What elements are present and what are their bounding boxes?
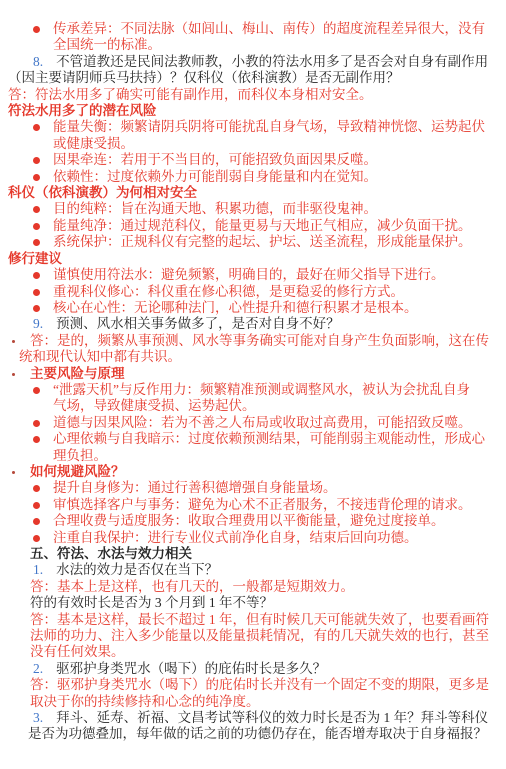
answer-text: 答：基本是这样，最长不超过 1 年，但有时候几天可能就失效了，也要看画符 法师的…	[8, 612, 500, 661]
bullet-icon	[33, 535, 40, 542]
heading-label: 主要风险与原理	[30, 366, 125, 381]
bullet-icon	[33, 289, 40, 296]
bullet-icon	[33, 305, 40, 312]
question-number: 2.	[33, 661, 43, 676]
bullet-label: 注重自我保护：进行专业仪式前净化自身，结束后回向功德。	[53, 530, 418, 545]
bullet-icon	[33, 485, 40, 492]
bullet-item: 审慎选择客户与事务：避免为心术不正者服务，不接违背伦理的请求。	[8, 497, 500, 513]
question-text: 符的有效时长是否为 3 个月到 1 年不等？	[8, 595, 500, 611]
section-heading: 科仪（依科演教）为何相对安全	[8, 185, 500, 201]
bullet-item: 重视科仪修心：科仪重在修心积德，是更稳妥的修行方式。	[8, 284, 500, 300]
bullet-label: 重视科仪修心：科仪重在修心积德，是更稳妥的修行方式。	[53, 284, 404, 299]
bullet-item: 核心在心性：无论哪种法门，心性提升和德行积累才是根本。	[8, 300, 500, 316]
bullet-item: “泄露天机”与反作用力：频繁精准预测或调整风水，被认为会扰乱自身 气场，导致健康…	[8, 382, 500, 415]
bullet-item: 系统保护：正规科仪有完整的起坛、护坛、送圣流程，形成能量保护。	[8, 234, 500, 250]
bullet-label: “泄露天机”与反作用力：频繁精准预测或调整风水，被认为会扰乱自身 气场，导致健康…	[53, 382, 470, 413]
bullet-icon	[33, 157, 40, 164]
question-label: 水法的效力是否仅在当下？	[56, 562, 218, 577]
bullet-icon	[33, 223, 40, 230]
bullet-icon	[33, 26, 40, 33]
bullet-label: 系统保护：正规科仪有完整的起坛、护坛、送圣流程，形成能量保护。	[53, 234, 472, 249]
answer-text: 答：符法水用多了确实可能有副作用，而科仪本身相对安全。	[8, 87, 500, 103]
answer-label: 答：符法水用多了确实可能有副作用，而科仪本身相对安全。	[8, 87, 373, 102]
question-label: 驱邪护身类咒水（喝下）的庇佑时长是多久？	[56, 661, 326, 676]
bullet-icon	[33, 502, 40, 509]
margin-dot-icon	[12, 471, 15, 474]
bullet-icon	[33, 272, 40, 279]
bullet-item: 传承差异：不同法脉（如闾山、梅山、南传）的超度流程差异很大，没有 全国统一的标准…	[8, 21, 500, 54]
question-number: 1.	[33, 562, 43, 577]
heading-label: 符法水用多了的潜在风险	[8, 103, 157, 118]
bullet-item: 谨慎使用符法水：避免频繁，明确目的，最好在师父指导下进行。	[8, 267, 500, 283]
bullet-item: 心理依赖与自我暗示：过度依赖预测结果，可能削弱主观能动性，形成心 理负担。	[8, 431, 500, 464]
bullet-icon	[33, 124, 40, 131]
bullet-icon	[33, 387, 40, 394]
bullet-label: 核心在心性：无论哪种法门，心性提升和德行积累才是根本。	[53, 300, 418, 315]
question-number: 3.	[33, 710, 43, 725]
bullet-item: 能量纯净：通过规范科仪，能量更易与天地正气相应，减少负面干扰。	[8, 218, 500, 234]
bullet-label: 心理依赖与自我暗示：过度依赖预测结果，可能削弱主观能动性，形成心 理负担。	[53, 431, 485, 462]
section-heading: 主要风险与原理	[8, 366, 500, 382]
bullet-label: 谨慎使用符法水：避免频繁，明确目的，最好在师父指导下进行。	[53, 267, 445, 282]
heading-label: 五、符法、水法与效力相关	[30, 546, 192, 561]
question-label: 拜斗、延寿、祈福、文昌考试等科仪的效力时长是否为 1 年？拜斗等科仪 是否为功德…	[28, 710, 488, 741]
margin-dot-icon	[12, 340, 15, 343]
bullet-item: 依赖性：过度依赖外力可能削弱自身能量和内在觉知。	[8, 169, 500, 185]
section-heading: 修行建议	[8, 251, 500, 267]
question-number: 8.	[33, 54, 43, 69]
bullet-icon	[33, 518, 40, 525]
document-page: 传承差异：不同法脉（如闾山、梅山、南传）的超度流程差异很大，没有 全国统一的标准…	[0, 0, 506, 743]
answer-text: 答：驱邪护身类咒水（喝下）的庇佑时长并没有一个固定不变的期限，更多是 取决于你的…	[8, 677, 500, 710]
bullet-item: 目的纯粹：旨在沟通天地、积累功德，而非驱役鬼神。	[8, 201, 500, 217]
answer-text: 答：是的，频繁从事预测、风水等事务确实可能对自身产生负面影响，这在传 统和现代认…	[8, 333, 500, 366]
bullet-label: 目的纯粹：旨在沟通天地、积累功德，而非驱役鬼神。	[53, 201, 377, 216]
bullet-icon	[33, 420, 40, 427]
heading-label: 科仪（依科演教）为何相对安全	[8, 185, 197, 200]
bullet-label: 审慎选择客户与事务：避免为心术不正者服务，不接违背伦理的请求。	[53, 497, 472, 512]
question-label: 预测、风水相关事务做多了，是否对自身不好？	[56, 316, 340, 331]
question-item: 3.拜斗、延寿、祈福、文昌考试等科仪的效力时长是否为 1 年？拜斗等科仪 是否为…	[8, 710, 500, 743]
answer-label: 答：基本是这样，最长不超过 1 年，但有时候几天可能就失效了，也要看画符 法师的…	[30, 612, 489, 660]
bullet-icon	[33, 239, 40, 246]
answer-label: 答：基本上是这样，也有几天的，一般都是短期效力。	[30, 579, 354, 594]
bullet-item: 因果牵连：若用于不当目的，可能招致负面因果反噬。	[8, 152, 500, 168]
plain-label: 符的有效时长是否为 3 个月到 1 年不等？	[30, 595, 273, 610]
answer-label: 答：驱邪护身类咒水（喝下）的庇佑时长并没有一个固定不变的期限，更多是 取决于你的…	[30, 677, 489, 708]
bullet-label: 道德与因果风险：若为不善之人布局或收取过高费用，可能招致反噬。	[53, 415, 472, 430]
bullet-label: 能量失衡：频繁请阴兵阴将可能扰乱自身气场，导致精神恍惚、运势起伏 或健康受损。	[53, 119, 485, 150]
section-heading: 符法水用多了的潜在风险	[8, 103, 500, 119]
bullet-item: 注重自我保护：进行专业仪式前净化自身，结束后回向功德。	[8, 530, 500, 546]
section-heading: 如何规避风险？	[8, 464, 500, 480]
bullet-icon	[33, 174, 40, 181]
answer-text: 答：基本上是这样，也有几天的，一般都是短期效力。	[8, 579, 500, 595]
bullet-label: 因果牵连：若用于不当目的，可能招致负面因果反噬。	[53, 152, 377, 167]
question-item: 8.不管道教还是民间法教师教，小教的符法水用多了是否会对自身有副作用 （因主要请…	[8, 54, 500, 87]
question-label: 不管道教还是民间法教师教，小教的符法水用多了是否会对自身有副作用 （因主要请阴师…	[8, 54, 488, 85]
bullet-label: 传承差异：不同法脉（如闾山、梅山、南传）的超度流程差异很大，没有 全国统一的标准…	[53, 21, 485, 52]
bullet-label: 依赖性：过度依赖外力可能削弱自身能量和内在觉知。	[53, 169, 377, 184]
bullet-icon	[33, 206, 40, 213]
bullet-label: 能量纯净：通过规范科仪，能量更易与天地正气相应，减少负面干扰。	[53, 218, 472, 233]
question-item: 1.水法的效力是否仅在当下？	[8, 562, 500, 578]
question-item: 9.预测、风水相关事务做多了，是否对自身不好？	[8, 316, 500, 332]
bullet-item: 提升自身修为：通过行善积德增强自身能量场。	[8, 480, 500, 496]
question-item: 2.驱邪护身类咒水（喝下）的庇佑时长是多久？	[8, 661, 500, 677]
bullet-label: 合理收费与适度服务：收取合理费用以平衡能量，避免过度接单。	[53, 513, 445, 528]
heading-label: 修行建议	[8, 251, 62, 266]
section-heading: 五、符法、水法与效力相关	[8, 546, 500, 562]
bullet-label: 提升自身修为：通过行善积德增强自身能量场。	[53, 480, 337, 495]
bullet-item: 能量失衡：频繁请阴兵阴将可能扰乱自身气场，导致精神恍惚、运势起伏 或健康受损。	[8, 119, 500, 152]
answer-label: 答：是的，频繁从事预测、风水等事务确实可能对自身产生负面影响，这在传 统和现代认…	[19, 333, 489, 364]
margin-dot-icon	[12, 373, 15, 376]
bullet-item: 道德与因果风险：若为不善之人布局或收取过高费用，可能招致反噬。	[8, 415, 500, 431]
heading-label: 如何规避风险？	[30, 464, 125, 479]
question-number: 9.	[33, 316, 43, 331]
bullet-item: 合理收费与适度服务：收取合理费用以平衡能量，避免过度接单。	[8, 513, 500, 529]
bullet-icon	[33, 436, 40, 443]
